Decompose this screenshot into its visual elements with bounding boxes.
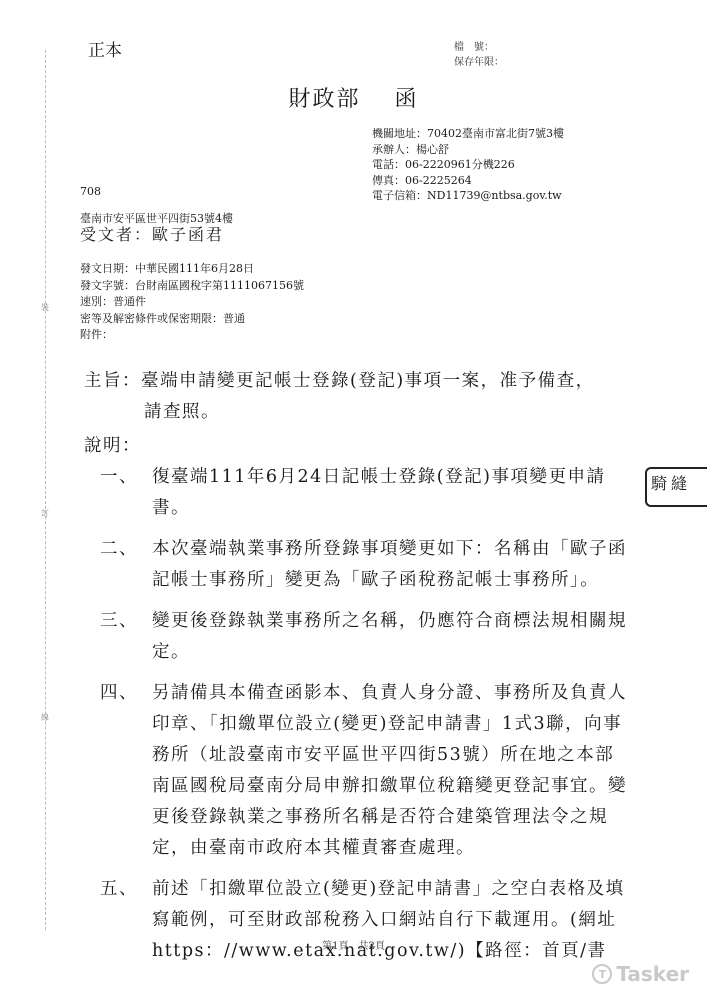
doc-number: 發文字號：台財南區國稅字第1111067156號 — [80, 278, 304, 295]
item-text: 另請備具本備查函影本、負責人身分證、事務所及負責人印章、「扣繳單位設立(變更)登… — [152, 678, 632, 864]
issue-date: 發文日期：中華民國111年6月28日 — [80, 261, 304, 278]
file-meta: 檔 號： 保存年限： — [454, 40, 504, 70]
file-number-label: 檔 號： — [454, 40, 504, 55]
doc-meta: 發文日期：中華民國111年6月28日 發文字號：台財南區國稅字第11110671… — [80, 261, 304, 344]
watermark-text: Tasker — [616, 962, 689, 986]
list-item: 一、復臺端111年6月24日記帳士登錄(登記)事項變更申請書。 — [100, 462, 640, 524]
doc-type: 函 — [395, 87, 419, 112]
page-title: 財政部函 — [0, 82, 707, 113]
item-number: 四、 — [100, 678, 152, 864]
watermark: T Tasker — [592, 962, 689, 986]
item-text: 前述「扣繳單位設立(變更)登記申請書」之空白表格及填寫範例，可至財政部稅務入口網… — [152, 874, 632, 967]
tasker-logo-icon: T — [592, 964, 612, 984]
copy-label: 正本 — [88, 36, 122, 61]
attachments: 附件： — [80, 327, 304, 344]
list-item: 二、本次臺端執業事務所登錄事項變更如下：名稱由「歐子函記帳士事務所」變更為「歐子… — [100, 534, 640, 596]
item-number: 二、 — [100, 534, 152, 596]
list-item: 五、前述「扣繳單位設立(變更)登記申請書」之空白表格及填寫範例，可至財政部稅務入… — [100, 874, 640, 967]
contact-label: 機關地址 — [372, 126, 416, 142]
contact-block: 機關地址：70402臺南市富北街7號3樓 承辦人：楊心舒 電話：06-22209… — [372, 126, 564, 204]
contact-row: 傳真：06-2225264 — [372, 173, 564, 189]
subject: 主旨：臺端申請變更記帳士登錄(登記)事項一案，准予備查， 請查照。 — [84, 366, 595, 428]
subject-text-cont: 請查照。 — [84, 397, 595, 428]
contact-row: 電話：06-2220961分機226 — [372, 157, 564, 173]
contact-label: 電話 — [372, 157, 394, 173]
contact-value: ND11739@ntbsa.gov.tw — [427, 188, 562, 204]
binding-mark: 訂 — [41, 508, 49, 519]
subject-text: 臺端申請變更記帳士登錄(登記)事項一案，准予備查， — [141, 371, 595, 391]
binding-mark: 裝 — [41, 302, 49, 313]
recipient: 受文者：歐子函君 — [80, 222, 224, 245]
page-number: 第1頁 共2頁 — [0, 937, 707, 952]
contact-value: 06-2220961分機226 — [405, 157, 515, 173]
item-text: 變更後登錄執業事務所之名稱，仍應符合商標法規相關規定。 — [152, 606, 632, 668]
contact-value: 06-2225264 — [405, 173, 472, 189]
agency-name: 財政部 — [288, 87, 360, 112]
contact-row: 機關地址：70402臺南市富北街7號3樓 — [372, 126, 564, 142]
list-item: 四、另請備具本備查函影本、負責人身分證、事務所及負責人印章、「扣繳單位設立(變更… — [100, 678, 640, 864]
retention-label: 保存年限： — [454, 55, 504, 70]
contact-value: 70402臺南市富北街7號3樓 — [427, 126, 564, 142]
explanation-heading: 說明： — [84, 432, 141, 457]
binding-mark: 線 — [41, 712, 49, 723]
contact-label: 承辦人 — [372, 142, 405, 158]
binding-line — [45, 50, 46, 930]
item-text: 復臺端111年6月24日記帳士登錄(登記)事項變更申請書。 — [152, 462, 632, 524]
item-number: 五、 — [100, 874, 152, 967]
item-number: 三、 — [100, 606, 152, 668]
classification: 密等及解密條件或保密期限：普通 — [80, 311, 304, 328]
item-text: 本次臺端執業事務所登錄事項變更如下：名稱由「歐子函記帳士事務所」變更為「歐子函稅… — [152, 534, 632, 596]
contact-label: 電子信箱 — [372, 188, 416, 204]
contact-row: 承辦人：楊心舒 — [372, 142, 564, 158]
item-number: 一、 — [100, 462, 152, 524]
contact-value: 楊心舒 — [416, 142, 449, 158]
contact-row: 電子信箱：ND11739@ntbsa.gov.tw — [372, 188, 564, 204]
seam-stamp: 騎縫 — [645, 467, 707, 507]
list-item: 三、變更後登錄執業事務所之名稱，仍應符合商標法規相關規定。 — [100, 606, 640, 668]
zip-code: 708 — [80, 185, 101, 198]
subject-label: 主旨： — [84, 371, 141, 391]
explanation-list: 一、復臺端111年6月24日記帳士登錄(登記)事項變更申請書。 二、本次臺端執業… — [100, 462, 640, 977]
contact-label: 傳真 — [372, 173, 394, 189]
speed: 速別：普通件 — [80, 294, 304, 311]
